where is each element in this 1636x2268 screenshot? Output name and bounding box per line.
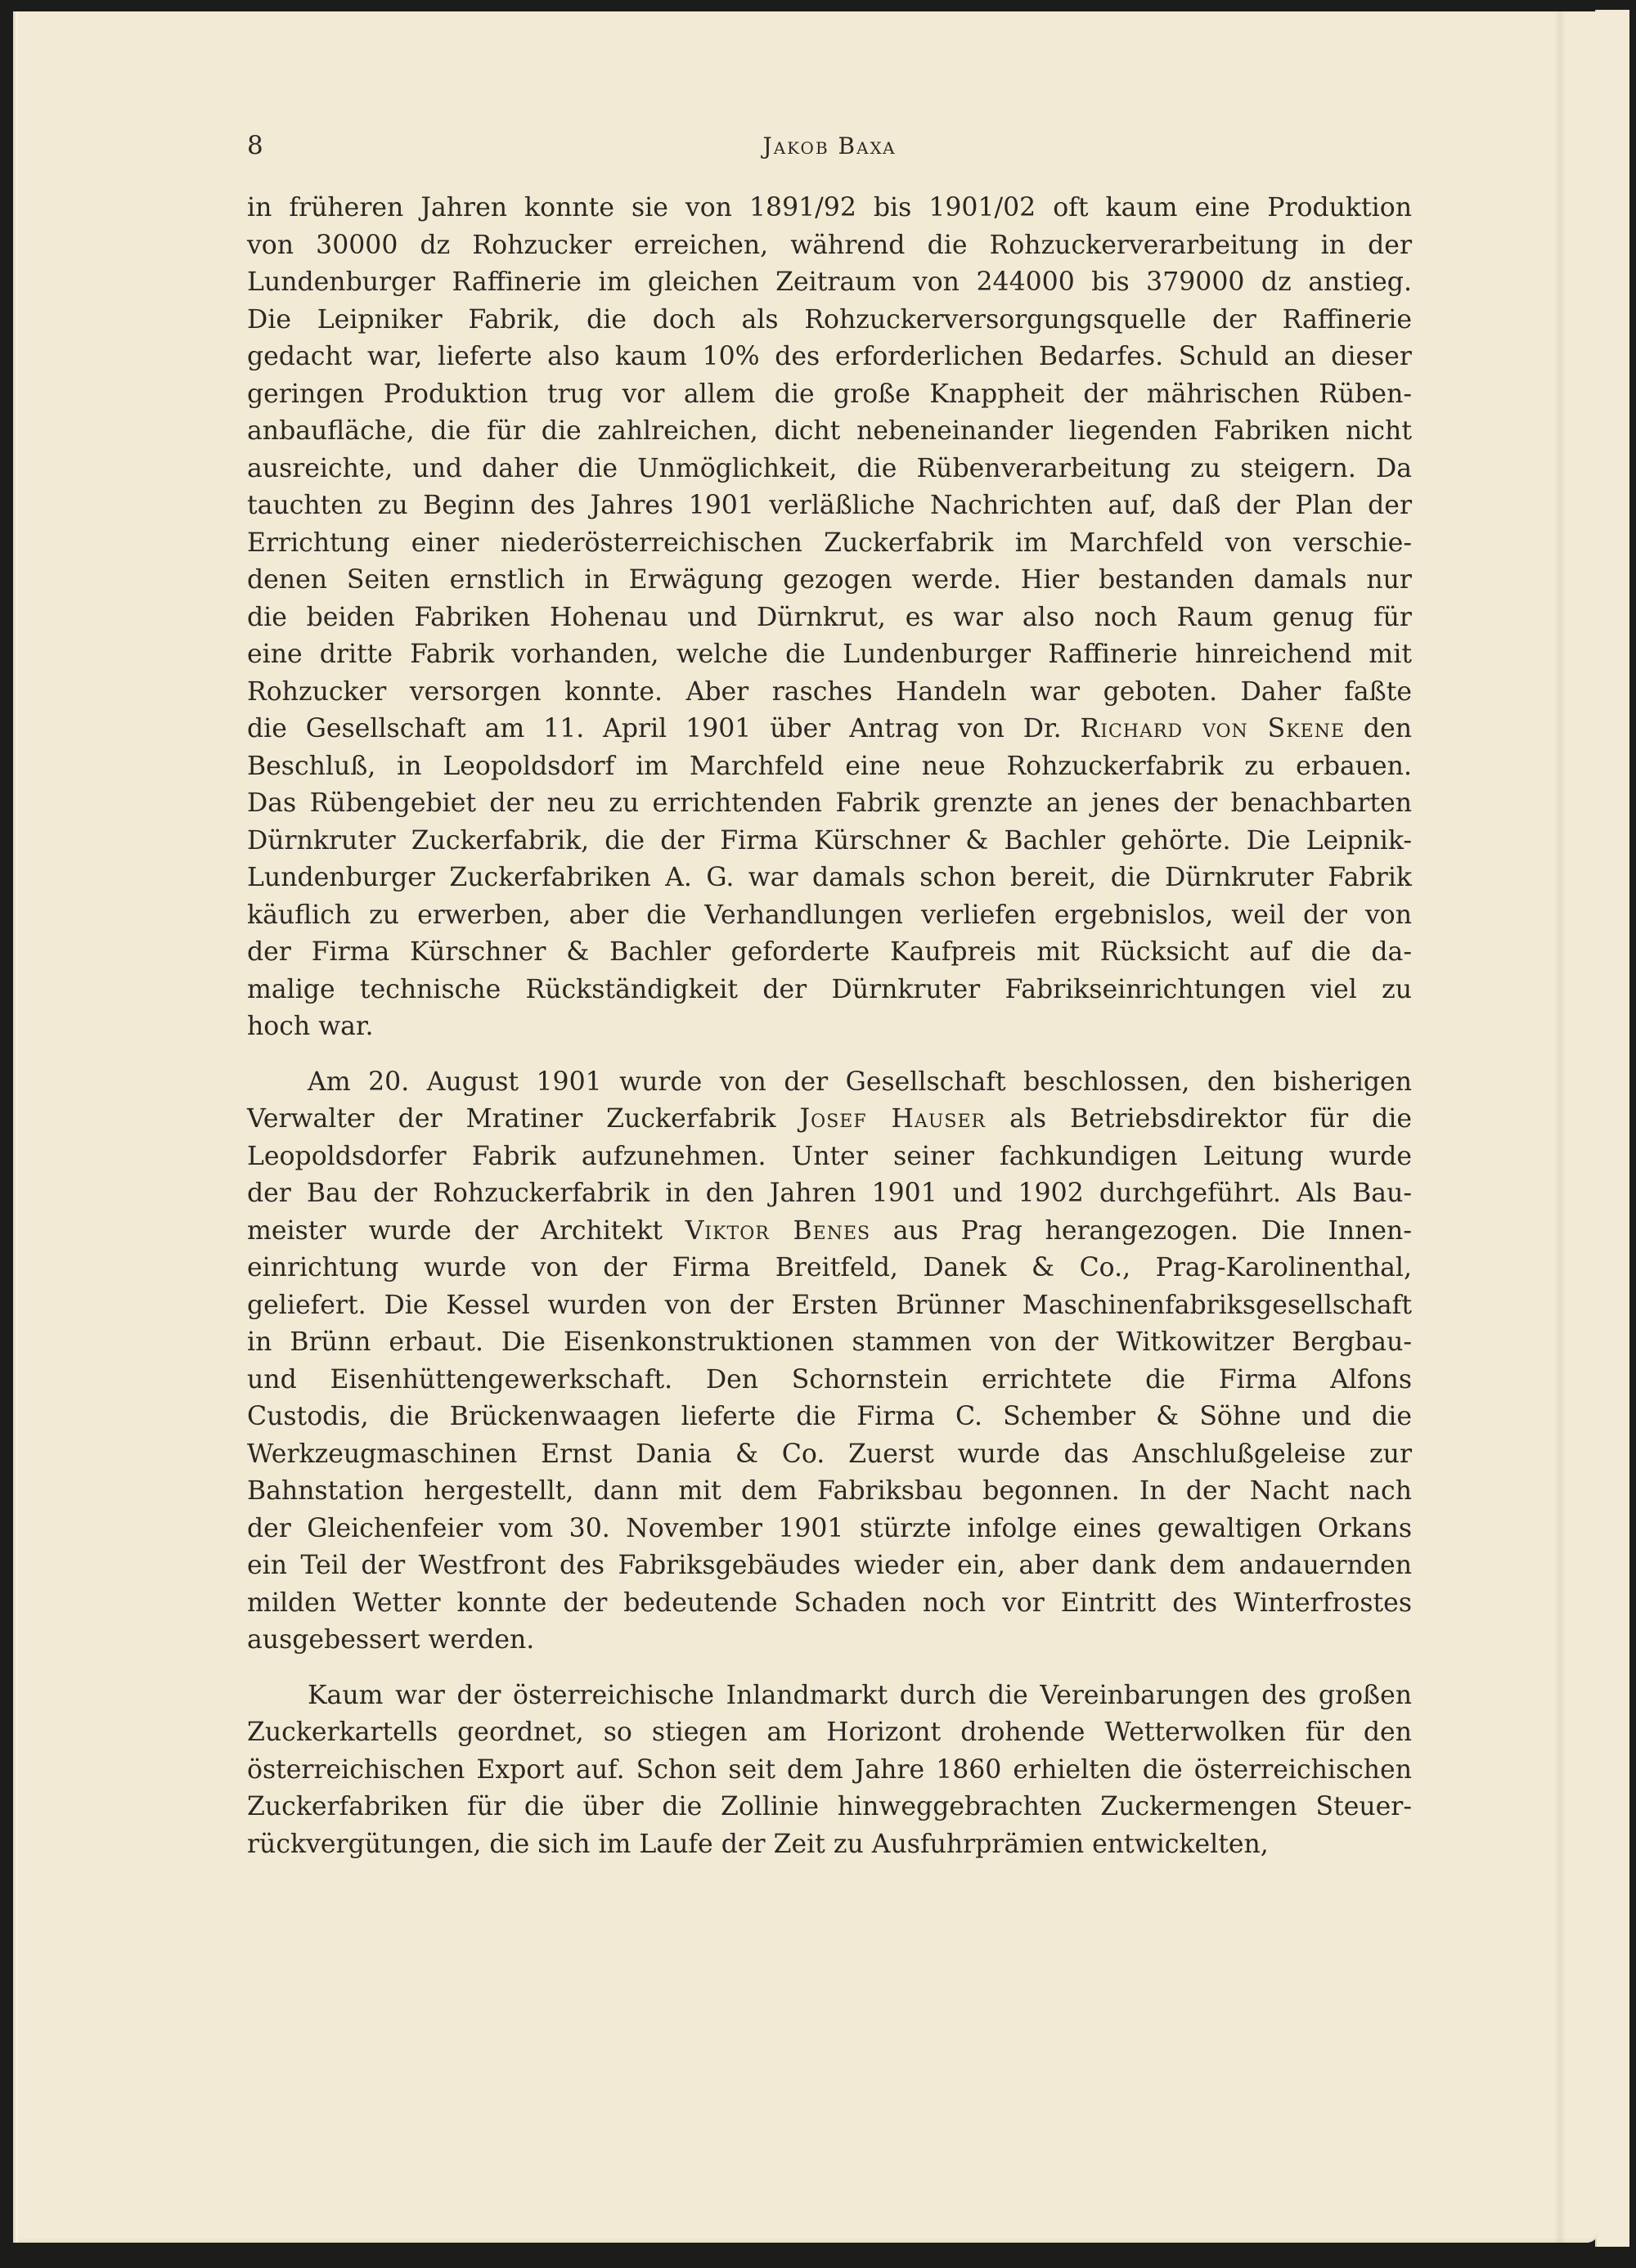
person-name: Viktor Benes bbox=[685, 1216, 870, 1246]
text-line: denen Seiten ernstlich in Erwägung gezog… bbox=[247, 562, 1412, 600]
text-line: ausgebessert werden. bbox=[247, 1622, 1412, 1659]
text-line: eine dritte Fabrik vorhanden, welche die… bbox=[247, 636, 1412, 674]
text-line: Kaum war der österreichische Inlandmarkt… bbox=[247, 1677, 1412, 1715]
text-line: meister wurde der Architekt Viktor Benes… bbox=[247, 1213, 1412, 1251]
text-line: in früheren Jahren konnte sie von 1891/9… bbox=[247, 190, 1412, 227]
text-line: Verwalter der Mratiner Zuckerfabrik Jose… bbox=[247, 1101, 1412, 1138]
page-fold-shadow bbox=[1554, 11, 1566, 2243]
text-line: Dürnkruter Zuckerfabrik, die der Firma K… bbox=[247, 823, 1412, 860]
text-line: ausreichte, und daher die Unmöglichkeit,… bbox=[247, 451, 1412, 488]
running-title: Jakob Baxa bbox=[247, 132, 1412, 159]
text-line: käuflich zu erwerben, aber die Verhandlu… bbox=[247, 897, 1412, 935]
text-line: geringen Produktion trug vor allem die g… bbox=[247, 376, 1412, 414]
text-line: malige technische Rückständigkeit der Dü… bbox=[247, 972, 1412, 1009]
text-line: milden Wetter konnte der bedeutende Scha… bbox=[247, 1585, 1412, 1623]
person-name: Richard von Skene bbox=[1081, 714, 1345, 743]
text-line: Zuckerkartells geordnet, so stiegen am H… bbox=[247, 1714, 1412, 1752]
text-line: die Gesellschaft am 11. April 1901 über … bbox=[247, 711, 1412, 748]
text-line: rückvergütungen, die sich im Laufe der Z… bbox=[247, 1826, 1412, 1864]
running-head: 8 Jakob Baxa bbox=[247, 131, 1412, 172]
text-line: Die Leipniker Fabrik, die doch als Rohzu… bbox=[247, 302, 1412, 339]
person-name: Josef Hauser bbox=[800, 1104, 987, 1134]
text-line: der Bau der Rohzuckerfabrik in den Jahre… bbox=[247, 1175, 1412, 1213]
text-line: Bahnstation hergestellt, dann mit dem Fa… bbox=[247, 1473, 1412, 1511]
body-text: in früheren Jahren konnte sie von 1891/9… bbox=[247, 190, 1412, 1863]
text-line: anbaufläche, die für die zahlreichen, di… bbox=[247, 413, 1412, 451]
paragraph-1: in früheren Jahren konnte sie von 1891/9… bbox=[247, 190, 1412, 1046]
text-line: der Gleichenfeier vom 30. November 1901 … bbox=[247, 1511, 1412, 1548]
text-line: und Eisenhüttengewerkschaft. Den Schorns… bbox=[247, 1362, 1412, 1399]
text-line: Lundenburger Raffinerie im gleichen Zeit… bbox=[247, 264, 1412, 302]
text-line: der Firma Kürschner & Bachler geforderte… bbox=[247, 934, 1412, 972]
text-line: in Brünn erbaut. Die Eisenkonstruktionen… bbox=[247, 1324, 1412, 1362]
text-line: einrichtung wurde von der Firma Breitfel… bbox=[247, 1250, 1412, 1287]
text-line: österreichischen Export auf. Schon seit … bbox=[247, 1752, 1412, 1790]
text-line: Lundenburger Zuckerfabriken A. G. war da… bbox=[247, 860, 1412, 897]
text-line: Zuckerfabriken für die über die Zollinie… bbox=[247, 1789, 1412, 1826]
text-line: tauchten zu Beginn des Jahres 1901 verlä… bbox=[247, 487, 1412, 525]
paragraph-3: Kaum war der österreichische Inlandmarkt… bbox=[247, 1677, 1412, 1864]
text-line: hoch war. bbox=[247, 1008, 1412, 1046]
text-line: Errichtung einer niederösterreichischen … bbox=[247, 525, 1412, 563]
text-line: Rohzucker versorgen konnte. Aber rasches… bbox=[247, 674, 1412, 712]
text-line: Beschluß, in Leopoldsdorf im Marchfeld e… bbox=[247, 748, 1412, 786]
adjacent-page-edge bbox=[1595, 10, 1629, 2247]
text-line: Am 20. August 1901 wurde von der Gesells… bbox=[247, 1064, 1412, 1102]
text-line: Custodis, die Brückenwaagen lieferte die… bbox=[247, 1399, 1412, 1436]
text-line: von 30000 dz Rohzucker erreichen, währen… bbox=[247, 227, 1412, 265]
text-line: die beiden Fabriken Hohenau und Dürnkrut… bbox=[247, 600, 1412, 637]
text-line: Leopoldsdorfer Fabrik aufzunehmen. Unter… bbox=[247, 1138, 1412, 1176]
text-line: Das Rübengebiet der neu zu errichtenden … bbox=[247, 785, 1412, 823]
paragraph-2: Am 20. August 1901 wurde von der Gesells… bbox=[247, 1064, 1412, 1659]
text-line: geliefert. Die Kessel wurden von der Ers… bbox=[247, 1287, 1412, 1325]
text-line: Werkzeugmaschinen Ernst Dania & Co. Zuer… bbox=[247, 1436, 1412, 1474]
text-line: ein Teil der Westfront des Fabriksgebäud… bbox=[247, 1547, 1412, 1585]
text-line: gedacht war, lieferte also kaum 10% des … bbox=[247, 339, 1412, 376]
